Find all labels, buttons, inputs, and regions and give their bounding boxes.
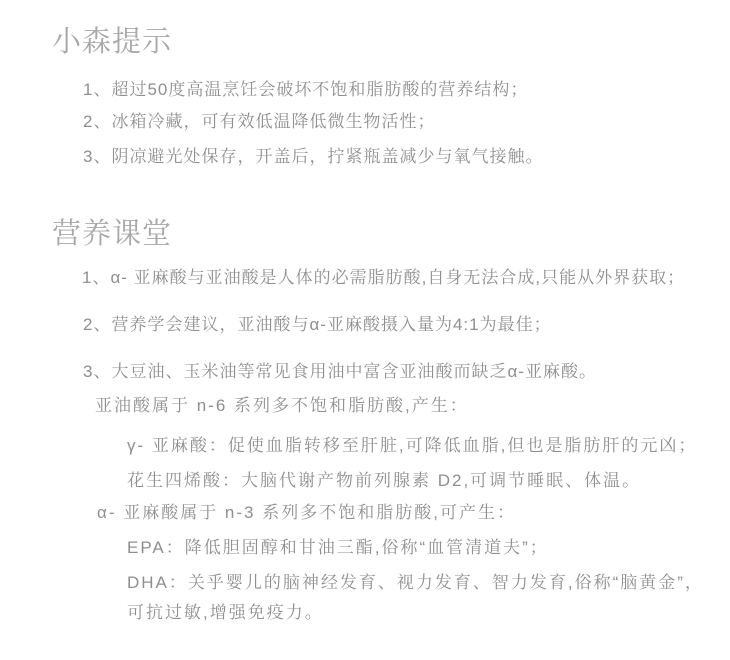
- nutrition-item-2: 2、营养学会建议，亚油酸与α-亚麻酸摄入量为4:1为最佳；: [83, 316, 552, 333]
- n6-item-gamma-linolenic: γ- 亚麻酸：促使血脂转移至肝脏,可降低血脂,但也是脂肪肝的元凶；: [127, 437, 697, 454]
- n3-item-epa: EPA：降低胆固醇和甘油三酯,俗称“血管清道夫”；: [127, 539, 549, 556]
- product-description-page: 小森提示 1、超过50度高温烹饪会破坏不饱和脂肪酸的营养结构； 2、冰箱冷藏，可…: [0, 0, 730, 660]
- n6-heading: 亚油酸属于 n-6 系列多不饱和脂肪酸,产生：: [95, 397, 469, 414]
- n3-item-dha: DHA：关乎婴儿的脑神经发育、视力发育、智力发育,俗称“脑黄金”，: [127, 574, 704, 591]
- tips-section-title: 小森提示: [52, 28, 172, 57]
- tips-item-2: 2、冰箱冷藏，可有效低温降低微生物活性；: [83, 113, 435, 130]
- nutrition-section-title: 营养课堂: [52, 220, 172, 249]
- tips-item-1: 1、超过50度高温烹饪会破坏不饱和脂肪酸的营养结构；: [83, 81, 528, 98]
- n3-item-dha-continued: 可抗过敏,增强免疫力。: [127, 604, 324, 621]
- tips-item-3: 3、阴凉避光处保存，开盖后，拧紧瓶盖减少与氧气接触。: [83, 148, 543, 165]
- nutrition-item-3: 3、大豆油、玉米油等常见食用油中富含亚油酸而缺乏α-亚麻酸。: [83, 363, 597, 380]
- nutrition-item-1: 1、α- 亚麻酸与亚油酸是人体的必需脂肪酸,自身无法合成,只能从外界获取；: [82, 269, 685, 286]
- n6-item-arachidonic: 花生四烯酸：大脑代谢产物前列腺素 D2,可调节睡眠、体温。: [127, 472, 641, 489]
- n3-heading: α- 亚麻酸属于 n-3 系列多不饱和脂肪酸,可产生：: [97, 504, 516, 521]
